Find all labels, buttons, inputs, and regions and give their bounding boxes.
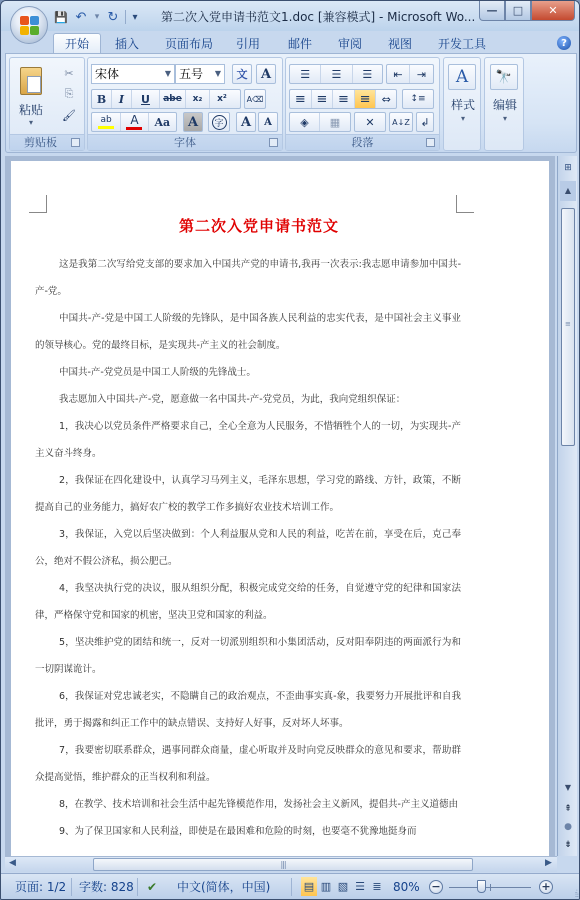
vertical-scrollbar[interactable]: ⊞ ▲ ≡ ▼ ⇞ ● ⇟ bbox=[557, 156, 577, 856]
minimize-button[interactable]: — bbox=[479, 1, 505, 21]
language-indicator[interactable]: 中文(简体，中国) bbox=[177, 874, 270, 900]
editing-arrow-icon: ▾ bbox=[485, 112, 525, 124]
font-size-value: 五号 bbox=[179, 67, 203, 81]
web-layout-view-icon[interactable]: ▧ bbox=[335, 877, 351, 896]
styles-group[interactable]: A 样式 ▾ bbox=[443, 57, 481, 151]
zoom-100-tick bbox=[490, 884, 491, 891]
font-group: 宋体 ▼ 五号 ▼ 文 A B I U abe x₂ x² A⌫ ab bbox=[87, 57, 283, 151]
grow-font-icon[interactable]: A bbox=[236, 112, 256, 132]
align-right-icon[interactable]: ≡ bbox=[333, 90, 355, 108]
highlight-icon: ab bbox=[101, 115, 112, 126]
paragraph-launcher-icon[interactable] bbox=[426, 138, 435, 147]
office-logo-icon bbox=[20, 16, 40, 36]
italic-button[interactable]: I bbox=[112, 90, 132, 108]
font-name-value: 宋体 bbox=[95, 67, 119, 81]
chinese-layout-icon[interactable]: ✕ bbox=[354, 112, 386, 132]
superscript-button[interactable]: x² bbox=[210, 90, 234, 108]
office-button[interactable] bbox=[10, 6, 48, 44]
numbering-icon[interactable]: ☰ bbox=[321, 65, 352, 83]
ribbon: 粘贴 ▾ ✂ ⎘ 🖌 剪贴板 宋体 ▼ 五号 ▼ 文 A B I bbox=[5, 53, 577, 153]
ribbon-tabs: 开始 插入 页面布局 引用 邮件 审阅 视图 开发工具 ? bbox=[1, 31, 580, 53]
shading-border-strip: ◈ ▦ bbox=[289, 112, 351, 132]
sort-icon[interactable]: A↓Z bbox=[389, 112, 413, 132]
bullets-icon[interactable]: ☰ bbox=[290, 65, 321, 83]
styles-label: 样式 bbox=[444, 96, 482, 112]
window-title: 第二次入党申请书范文1.doc [兼容模式] - Microsoft Wo... bbox=[161, 8, 475, 25]
paragraph: 2，我保证在四化建设中，认真学习马列主义，毛泽东思想，学习党的路线、方针，政策，… bbox=[35, 467, 461, 521]
previous-page-icon[interactable]: ⇞ bbox=[558, 804, 578, 818]
paragraph: 中国共-产-党党员是中国工人阶级的先锋战士。 bbox=[35, 359, 461, 386]
document-area: 第二次入党申请书范文 这是我第二次写给党支部的要求加入中国共产党的申请书,我再一… bbox=[5, 156, 555, 856]
font-color-icon: A bbox=[130, 114, 138, 127]
chevron-down-icon: ▼ bbox=[215, 65, 221, 83]
tab-view[interactable]: 视图 bbox=[378, 33, 422, 53]
next-page-icon[interactable]: ⇟ bbox=[558, 840, 578, 854]
paste-label: 粘贴 bbox=[19, 101, 43, 118]
full-screen-reading-view-icon[interactable]: ▥ bbox=[318, 877, 334, 896]
help-icon[interactable]: ? bbox=[557, 36, 571, 50]
paragraph: 4，我坚决执行党的决议，服从组织分配，积极完成党交给的任务，自觉遵守党的纪律和国… bbox=[35, 575, 461, 629]
zoom-level[interactable]: 80% bbox=[393, 874, 420, 900]
paragraph: 8，在教学、技术培训和社会生活中起先锋模范作用，发扬社会主义新风，提倡共-产主义… bbox=[35, 791, 461, 818]
font-color-strip: ab A Aa bbox=[91, 112, 177, 132]
enclose-characters-button[interactable]: 字 bbox=[208, 112, 230, 132]
paragraph: 这是我第二次写给党支部的要求加入中国共产党的申请书,我再一次表示:我志愿申请参加… bbox=[35, 251, 461, 305]
status-bar: 页面: 1/2 字数: 828 ✔ 中文(简体，中国) ▤ ▥ ▧ ☰ ≣ 80… bbox=[1, 873, 580, 900]
shrink-font-icon[interactable]: A bbox=[258, 112, 278, 132]
scroll-left-arrow-icon[interactable]: ◀ bbox=[9, 858, 23, 872]
find-binoculars-icon: 🔭 bbox=[490, 64, 518, 90]
paragraph: 5，坚决维护党的团结和统一，反对一切派别组织和小集团活动，反对阳奉阴违的两面派行… bbox=[35, 629, 461, 683]
styles-arrow-icon: ▾ bbox=[444, 112, 482, 124]
shading-icon[interactable]: ◈ bbox=[290, 113, 320, 131]
tab-home[interactable]: 开始 bbox=[53, 33, 101, 53]
highlight-color-swatch bbox=[98, 126, 114, 129]
change-case-button[interactable]: Aa bbox=[149, 113, 176, 131]
enclose-characters-icon: 字 bbox=[212, 115, 227, 130]
underline-button[interactable]: U bbox=[132, 90, 160, 108]
align-left-icon[interactable]: ≡ bbox=[290, 90, 312, 108]
document-title: 第二次入党申请书范文 bbox=[11, 215, 507, 236]
show-marks-icon[interactable]: ↲ bbox=[416, 112, 434, 132]
font-group-label: 字体 bbox=[88, 134, 282, 150]
font-format-strip: B I U abe x₂ x² bbox=[91, 89, 241, 109]
font-color-swatch bbox=[126, 127, 142, 130]
paragraph: 7，我要密切联系群众，遇事同群众商量，虚心听取并及时向党反映群众的意见和要求，帮… bbox=[35, 737, 461, 791]
list-strip: ☰ ☰ ☰ bbox=[289, 64, 383, 84]
border-icon[interactable]: ▦ bbox=[320, 113, 350, 131]
justify-icon[interactable]: ≡ bbox=[355, 90, 377, 108]
maximize-button[interactable]: □ bbox=[505, 1, 531, 21]
zoom-out-icon[interactable]: − bbox=[429, 880, 443, 894]
tab-mailings[interactable]: 邮件 bbox=[278, 33, 322, 53]
tab-developer[interactable]: 开发工具 bbox=[427, 33, 497, 53]
resize-grip-icon[interactable]: .:::: bbox=[575, 890, 578, 898]
document-page[interactable]: 第二次入党申请书范文 这是我第二次写给党支部的要求加入中国共产党的申请书,我再一… bbox=[11, 161, 549, 861]
clipboard-group: 粘贴 ▾ ✂ ⎘ 🖌 剪贴板 bbox=[9, 57, 85, 151]
clear-formatting-icon[interactable]: A⌫ bbox=[244, 89, 266, 109]
paste-arrow-icon: ▾ bbox=[29, 118, 33, 127]
window-controls: — □ ✕ bbox=[479, 1, 575, 21]
close-button[interactable]: ✕ bbox=[531, 1, 575, 21]
select-browse-object-icon[interactable]: ● bbox=[558, 822, 578, 836]
page-indicator[interactable]: 页面: 1/2 bbox=[15, 874, 66, 900]
horizontal-scroll-thumb[interactable]: ||| bbox=[93, 858, 473, 871]
styles-icon: A bbox=[448, 64, 476, 90]
editing-group[interactable]: 🔭 编辑 ▾ bbox=[484, 57, 524, 151]
font-color-button[interactable]: A bbox=[121, 113, 148, 131]
tab-review[interactable]: 审阅 bbox=[328, 33, 372, 53]
zoom-in-icon[interactable]: + bbox=[539, 880, 553, 894]
customize-qat-icon[interactable]: ▾ bbox=[130, 9, 140, 25]
bold-button[interactable]: B bbox=[92, 90, 112, 108]
tab-references[interactable]: 引用 bbox=[226, 33, 270, 53]
crop-mark-top-left bbox=[29, 195, 47, 213]
paragraph: 6，我保证对党忠诚老实，不隐瞒自己的政治观点，不歪曲事实真-象，我要努力开展批评… bbox=[35, 683, 461, 737]
font-name-select[interactable]: 宋体 ▼ bbox=[91, 64, 175, 84]
cut-icon[interactable]: ✂ bbox=[60, 64, 78, 82]
paragraph: 中国共-产-党是中国工人阶级的先锋队，是中国各族人民利益的忠实代表，是中国社会主… bbox=[35, 305, 461, 359]
status-separator bbox=[137, 878, 138, 896]
subscript-button[interactable]: x₂ bbox=[186, 90, 210, 108]
multilevel-list-icon[interactable]: ☰ bbox=[353, 65, 382, 83]
paragraph-group: ☰ ☰ ☰ ⇤ ⇥ ≡ ≡ ≡ ≡ ⇔ ↕≡ ◈ ▦ ✕ A↓Z ↲ bbox=[285, 57, 440, 151]
document-body: 这是我第二次写给党支部的要求加入中国共产党的申请书,我再一次表示:我志愿申请参加… bbox=[35, 251, 461, 845]
save-icon[interactable]: 💾 bbox=[53, 9, 69, 25]
paragraph: 9、为了保卫国家和人民利益，即使是在最困难和危险的时刻，也要毫不犹豫地挺身而 bbox=[35, 818, 461, 845]
print-layout-view-icon[interactable]: ▤ bbox=[301, 877, 317, 896]
redo-icon[interactable]: ↻ bbox=[105, 9, 121, 25]
increase-indent-icon[interactable]: ⇥ bbox=[410, 65, 433, 83]
scroll-down-arrow-icon[interactable]: ▼ bbox=[560, 778, 576, 798]
scroll-grip-icon: ≡ bbox=[565, 323, 571, 326]
paste-icon bbox=[20, 67, 42, 95]
font-launcher-icon[interactable] bbox=[269, 138, 278, 147]
proofing-icon[interactable]: ✔ bbox=[147, 874, 157, 900]
decrease-indent-icon[interactable]: ⇤ bbox=[387, 65, 410, 83]
word-window: 第二次入党申请书范文1.doc [兼容模式] - Microsoft Wo...… bbox=[0, 0, 580, 900]
line-spacing-icon[interactable]: ↕≡ bbox=[402, 89, 434, 109]
quick-access-toolbar: 💾 ↶ ▾ ↻ ▾ bbox=[53, 7, 140, 27]
status-separator bbox=[291, 878, 292, 896]
status-separator bbox=[71, 878, 72, 896]
paste-button[interactable]: 粘贴 ▾ bbox=[14, 62, 48, 132]
alignment-strip: ≡ ≡ ≡ ≡ ⇔ bbox=[289, 89, 397, 109]
highlight-button[interactable]: ab bbox=[92, 113, 121, 131]
paragraph-group-label: 段落 bbox=[286, 134, 439, 150]
editing-label: 编辑 bbox=[485, 96, 525, 112]
tab-insert[interactable]: 插入 bbox=[105, 33, 149, 53]
distributed-icon[interactable]: ⇔ bbox=[376, 90, 396, 108]
view-ruler-icon[interactable]: ⊞ bbox=[561, 163, 575, 175]
strikethrough-button[interactable]: abe bbox=[160, 90, 186, 108]
horizontal-scrollbar[interactable]: ◀ ||| ▶ bbox=[5, 856, 557, 872]
view-buttons: ▤ ▥ ▧ ☰ ≣ bbox=[301, 877, 385, 896]
vertical-scroll-thumb[interactable]: ≡ bbox=[561, 208, 575, 446]
crop-mark-top-right bbox=[456, 195, 474, 213]
clipboard-launcher-icon[interactable] bbox=[71, 138, 80, 147]
character-shading-icon[interactable]: A bbox=[183, 112, 203, 132]
draft-view-icon[interactable]: ≣ bbox=[369, 877, 385, 896]
outline-view-icon[interactable]: ☰ bbox=[352, 877, 368, 896]
format-painter-icon[interactable]: 🖌 bbox=[60, 106, 78, 124]
font-size-select[interactable]: 五号 ▼ bbox=[175, 64, 225, 84]
qat-separator bbox=[125, 10, 126, 24]
copy-icon[interactable]: ⎘ bbox=[60, 85, 78, 103]
undo-icon[interactable]: ↶ bbox=[73, 9, 89, 25]
chevron-down-icon: ▼ bbox=[165, 65, 171, 83]
scroll-right-arrow-icon[interactable]: ▶ bbox=[545, 858, 557, 872]
paragraph: 3，我保证，入党以后坚决做到：个人利益服从党和人民的利益，吃苦在前，享受在后，克… bbox=[35, 521, 461, 575]
undo-dropdown-icon[interactable]: ▾ bbox=[93, 9, 101, 25]
tab-page-layout[interactable]: 页面布局 bbox=[156, 33, 222, 53]
zoom-slider-thumb[interactable] bbox=[477, 880, 486, 893]
align-center-icon[interactable]: ≡ bbox=[312, 90, 334, 108]
phonetic-guide-icon[interactable]: 文 bbox=[232, 64, 252, 84]
paragraph: 我志愿加入中国共-产-党，愿意做一名中国共-产-党党员，为此，我向党组织保证： bbox=[35, 386, 461, 413]
indent-strip: ⇤ ⇥ bbox=[386, 64, 434, 84]
scroll-up-arrow-icon[interactable]: ▲ bbox=[560, 181, 576, 201]
word-count[interactable]: 字数: 828 bbox=[79, 874, 134, 900]
paragraph: 1，我决心以党员条件严格要求自己，全心全意为人民服务，不惜牺牲个人的一切，为实现… bbox=[35, 413, 461, 467]
character-border-icon[interactable]: A bbox=[256, 64, 276, 84]
